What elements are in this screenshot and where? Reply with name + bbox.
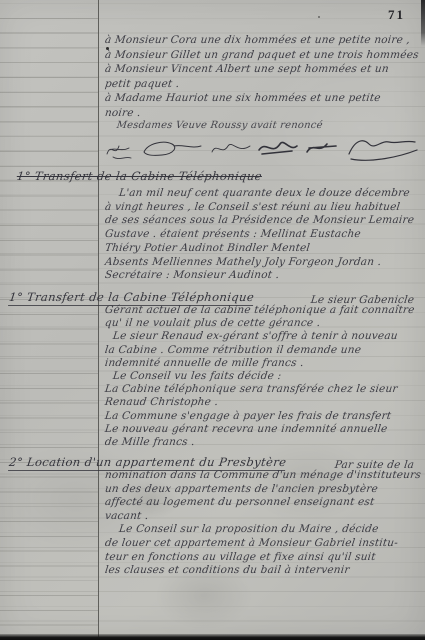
body-line: Renaud Christophe . xyxy=(104,396,424,409)
body-line: teur en fonctions au village et fixe ain… xyxy=(104,551,424,565)
allocation-line: à Monsieur Gillet un grand paquet et une… xyxy=(104,48,424,63)
session-line: Gustave . étaient présents : Mellinat Eu… xyxy=(104,228,424,242)
allocation-line: noire . xyxy=(104,106,424,121)
scan-bottom-edge xyxy=(0,634,425,640)
session-opening-paragraph: L'an mil neuf cent quarante deux le douz… xyxy=(104,187,422,283)
body-line: Le Conseil vu les faits décide : xyxy=(104,370,424,383)
body-line: Gérant actuel de la cabine téléphonique … xyxy=(104,304,424,317)
section-1-paragraph: Gérant actuel de la cabine téléphonique … xyxy=(104,304,422,449)
section-2-paragraph: nomination dans la Commune d'un ménage d… xyxy=(104,469,422,578)
margin-ruled-lines xyxy=(0,0,98,632)
body-line: indemnité annuelle de mille francs . xyxy=(104,357,424,370)
allocation-list: à Monsieur Cora une dix hommées et une p… xyxy=(104,33,422,121)
signatures-graphic xyxy=(104,134,419,166)
session-line: Secrétaire : Monsieur Audinot . xyxy=(104,269,424,283)
body-line: Le sieur Renaud ex-gérant s'offre à teni… xyxy=(104,330,424,343)
body-line: Le Conseil sur la proposition du Maire ,… xyxy=(104,523,424,537)
signature-scribble xyxy=(107,146,131,159)
allocation-line: petit paquet . xyxy=(104,77,424,92)
scan-right-edge xyxy=(421,0,425,46)
body-line: Le nouveau gérant recevra une indemnité … xyxy=(104,423,424,436)
allocation-line: à Madame Hauriot une six hommées et une … xyxy=(104,91,424,106)
body-line: un des deux appartements de l'ancien pre… xyxy=(104,483,424,497)
body-line: qu' il ne voulait plus de cette gérance … xyxy=(104,317,424,330)
session-line: de ses séances sous la Présidence de Mon… xyxy=(104,214,424,228)
body-line: de louer cet appartement à Monsieur Gabr… xyxy=(104,537,424,551)
allocation-line: à Monsieur Cora une dix hommées et une p… xyxy=(104,33,424,48)
session-line: L'an mil neuf cent quarante deux le douz… xyxy=(104,187,424,201)
body-line: affecté au logement du personnel enseign… xyxy=(104,496,424,510)
page-number: 71 xyxy=(388,7,405,23)
signature-scribble xyxy=(212,144,250,152)
margin-rule-line xyxy=(98,0,99,637)
body-line: La Commune s'engage à payer les frais de… xyxy=(104,410,424,423)
signature-scribble xyxy=(259,142,297,154)
body-line: de Mille francs . xyxy=(104,436,424,449)
signatures-row xyxy=(104,134,419,166)
body-line: la Cabine . Comme rétribution il demande… xyxy=(104,344,424,357)
renunciation-note: Mesdames Veuve Roussy avait renoncé xyxy=(116,120,323,131)
scanned-register-page: 71 à Monsieur Cora une dix hommées et un… xyxy=(0,0,425,640)
signature-scribble xyxy=(144,142,201,155)
signature-scribble xyxy=(307,144,336,152)
session-line: à vingt heures , le Conseil s'est réuni … xyxy=(104,201,424,215)
session-line: Thiéry Potier Audinot Bindler Mentel xyxy=(104,242,424,256)
body-line: La Cabine téléphonique sera transférée c… xyxy=(104,383,424,396)
body-line: nomination dans la Commune d'un ménage d… xyxy=(104,469,424,483)
signature-scribble xyxy=(349,141,417,160)
body-line: les clauses et conditions du bail à inte… xyxy=(104,564,424,578)
body-line: vacant . xyxy=(104,510,424,524)
session-line: Absents Melliennes Mathely Joly Forgeon … xyxy=(104,256,424,270)
allocation-line: à Monsieur Vincent Albert une sept hommé… xyxy=(104,62,424,77)
cancelled-section-heading: 1° Transfert de la Cabine Téléphonique xyxy=(16,169,263,183)
ink-speck xyxy=(318,16,320,18)
